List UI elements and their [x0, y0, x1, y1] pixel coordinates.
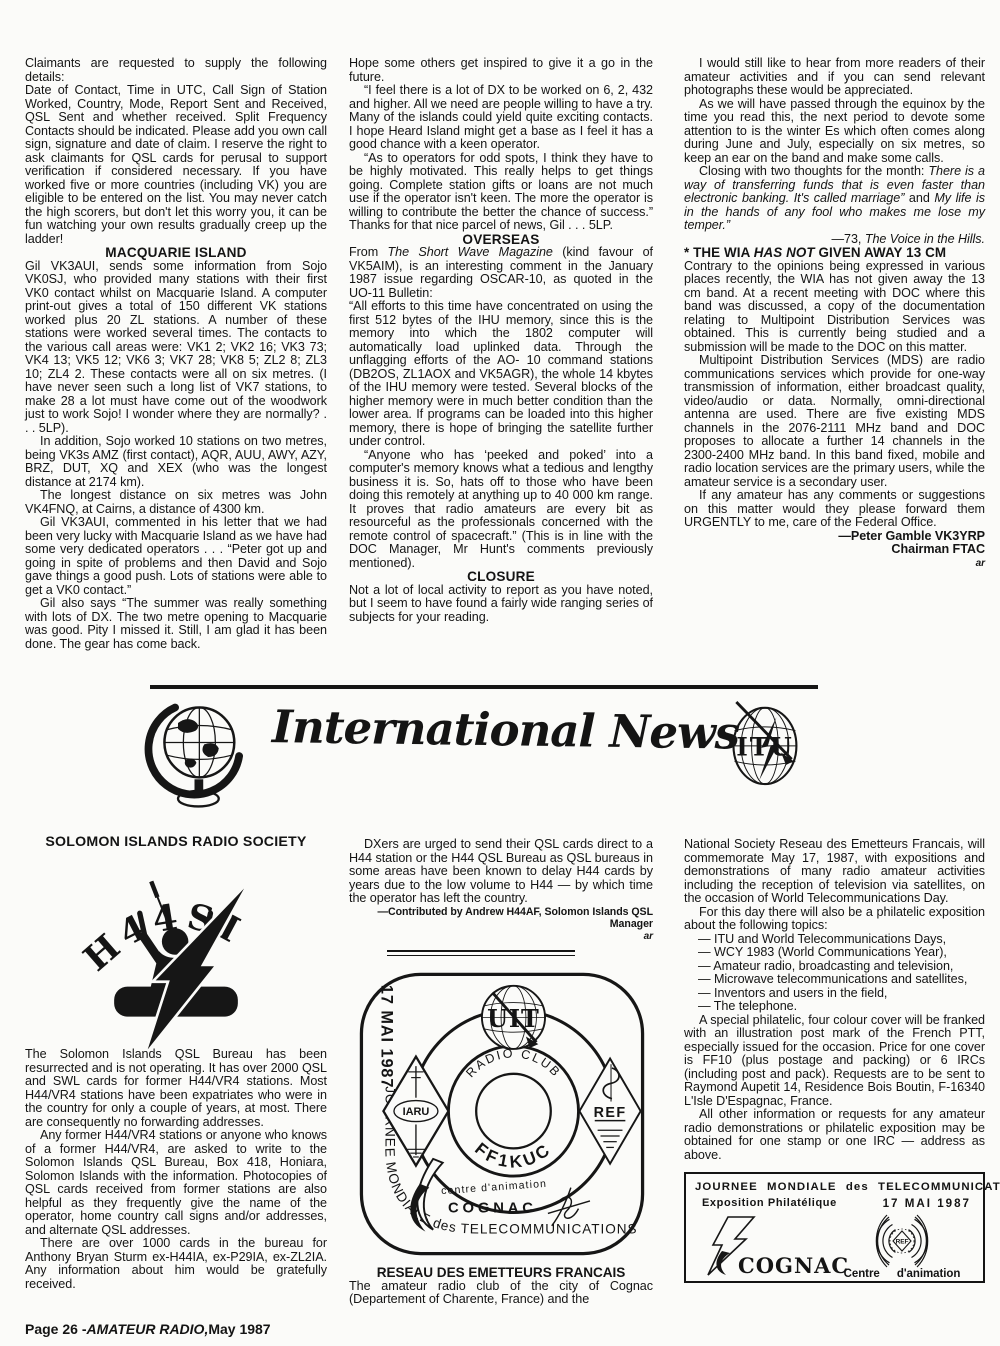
double-rule-divider	[387, 950, 575, 956]
cachet-centre-text: Centre d'animation	[844, 1268, 961, 1280]
paragraph: Hope some others get inspired to give it…	[349, 57, 653, 84]
iaru-letters: IARU	[403, 1106, 430, 1118]
paragraph: Gil VK3AUI, commented in his letter that…	[25, 516, 327, 597]
cachet-waves-logo: REF Centre d'animation	[823, 1215, 981, 1279]
page-number: Page 26 -	[25, 1321, 86, 1337]
paragraph: All other information or requests for an…	[684, 1108, 985, 1162]
globe-on-stand-icon	[146, 696, 243, 818]
section-heading-macquarie-island: MACQUARIE ISLAND	[25, 246, 327, 260]
paragraph: Gil VK3AUI, sends some information from …	[25, 260, 327, 436]
magazine-page: Claimants are requested to supply the fo…	[0, 0, 1000, 1346]
article-end-mark: ar	[349, 930, 653, 944]
h44si-logo: H44SI	[65, 862, 287, 1052]
section-heading-wia-13cm: * THE WIA HAS NOT GIVEN AWAY 13 CM	[684, 246, 985, 260]
section-heading-solomon-islands: SOLOMON ISLANDS RADIO SOCIETY	[25, 836, 327, 850]
column-title-italic: The Voice in the Hills.	[865, 232, 985, 246]
paragraph: National Society Reseau des Emetteurs Fr…	[684, 838, 985, 906]
paragraph: A special philatelic, four colour cover …	[684, 1014, 985, 1109]
text-run: From	[349, 245, 388, 259]
magazine-title-italic: The Short Wave Magazine	[388, 245, 553, 259]
paragraph: Any former H44/VR4 stations or anyone wh…	[25, 1129, 327, 1237]
ref-letters: REF	[594, 1105, 627, 1121]
issue-date: May 1987	[208, 1321, 270, 1337]
section-heading-reseau: RESEAU DES EMETTEURS FRANCAIS	[349, 1266, 653, 1280]
text-run: —73,	[831, 232, 864, 246]
column-bottom-right: National Society Reseau des Emetteurs Fr…	[684, 838, 985, 1283]
text-run: Closing with two thoughts for the month:	[699, 164, 928, 178]
paragraph: “Anyone who has ‘peeked and poked’ into …	[349, 449, 653, 571]
svg-text:RADIO CLUB: RADIO CLUB	[463, 1046, 563, 1080]
column-top-middle: Hope some others get inspired to give it…	[349, 57, 653, 624]
text-run: GIVEN AWAY 13 CM	[815, 245, 946, 260]
itu-logo-icon: ITU	[723, 695, 805, 793]
contributor-credit: Manager	[349, 918, 653, 930]
column-top-left: Claimants are requested to supply the fo…	[25, 57, 327, 651]
uit-letters: UIT	[487, 1005, 540, 1033]
section-divider	[150, 685, 818, 689]
paragraph: There are over 1000 cards in the bureau …	[25, 1237, 327, 1291]
paragraph: If any amateur has any comments or sugge…	[684, 489, 985, 530]
paragraph: Date of Contact, Time in UTC, Call Sign …	[25, 84, 327, 246]
stamp-radio-club: RADIO CLUB	[463, 1046, 563, 1080]
itu-letters: ITU	[736, 732, 793, 761]
list-item: — The telephone.	[698, 1000, 985, 1014]
list-item: — Amateur radio, broadcasting and televi…	[698, 960, 985, 974]
cachet-date: 17 MAI 1987	[883, 1197, 971, 1211]
paragraph: Contrary to the opinions being expressed…	[684, 260, 985, 355]
ref-logo: REF	[579, 1058, 640, 1163]
stamp-callsign: FF1KUC	[471, 1138, 555, 1171]
paragraph: “All efforts to this time have concentra…	[349, 300, 653, 449]
cachet-exposition: Exposition Philatélique	[702, 1197, 837, 1211]
emphasis-italic: HAS NOT	[754, 245, 815, 260]
paragraph: For this day there will also be a philat…	[684, 906, 985, 933]
paragraph: The longest distance on six metres was J…	[25, 489, 327, 516]
signature-scribble	[548, 1188, 590, 1226]
world-telecom-day-stamp: 17 MAI 1987 JOURNEE MONDIALE des TELECOM…	[349, 960, 655, 1266]
cachet-title: JOURNEE MONDIALE des TELECOMMUNICATIONS	[686, 1174, 983, 1195]
contributor-credit: —Contributed by Andrew H44AF, Solomon Is…	[349, 906, 653, 918]
stamp-centre-danimation: centre d'animation	[441, 1178, 548, 1197]
column-bottom-left: The Solomon Islands QSL Bureau has been …	[25, 1048, 327, 1291]
page-footer: Page 26 -AMATEUR RADIO,May 1987	[25, 1321, 271, 1337]
text-run: * THE WIA	[684, 245, 754, 260]
uit-globe-icon: UIT	[482, 986, 545, 1049]
article-end-mark: ar	[684, 557, 985, 571]
column-top-right: I would still like to hear from more rea…	[684, 57, 985, 570]
paragraph: The Solomon Islands QSL Bureau has been …	[25, 1048, 327, 1129]
paragraph: DXers are urged to send their QSL cards …	[349, 838, 653, 906]
cachet-ref-letters: REF	[896, 1239, 909, 1246]
svg-text:FF1KUC: FF1KUC	[471, 1138, 555, 1171]
paragraph: Not a lot of local activity to report as…	[349, 584, 653, 625]
stamp-cognac: COGNAC	[448, 1200, 537, 1216]
cachet-cognac-logo: COGNAC	[692, 1215, 842, 1279]
paragraph: Closing with two thoughts for the month:…	[684, 165, 985, 233]
list-item: — ITU and World Telecommunications Days,	[698, 933, 985, 947]
paragraph: As we will have passed through the equin…	[684, 98, 985, 166]
paragraph: In addition, Sojo worked 10 stations on …	[25, 435, 327, 489]
paragraph: The amateur radio club of the city of Co…	[349, 1280, 653, 1307]
signature-line: —73, The Voice in the Hills.	[684, 233, 985, 247]
paragraph: Multipoint Distribution Services (MDS) a…	[684, 354, 985, 489]
paragraph: I would still like to hear from more rea…	[684, 57, 985, 98]
column-bottom-left-header: SOLOMON ISLANDS RADIO SOCIETY H44SI	[25, 836, 327, 1052]
column-bottom-middle: DXers are urged to send their QSL cards …	[349, 838, 653, 1307]
list-item: — Microwave telecommunications and satel…	[698, 973, 985, 987]
topic-list: — ITU and World Telecommunications Days,…	[684, 933, 985, 1014]
paragraph: Gil also says “The summer was really som…	[25, 597, 327, 651]
signature-line: —Peter Gamble VK3YRP	[684, 530, 985, 544]
section-heading-closure: CLOSURE	[349, 570, 653, 584]
signature-line: Chairman FTAC	[684, 543, 985, 557]
section-heading-overseas: OVERSEAS	[349, 233, 653, 247]
paragraph: From The Short Wave Magazine (kind favou…	[349, 246, 653, 300]
telecom-day-cachet: JOURNEE MONDIALE des TELECOMMUNICATIONS …	[684, 1172, 985, 1283]
stamp-date: 17 MAI 1987	[378, 985, 396, 1089]
text-run: and	[904, 191, 934, 205]
paragraph: Claimants are requested to supply the fo…	[25, 57, 327, 84]
paragraph: “I feel there is a lot of DX to be worke…	[349, 84, 653, 152]
international-news-banner-title: International News	[272, 700, 693, 759]
list-item: — WCY 1983 (World Communications Year),	[698, 946, 985, 960]
paragraph: “As to operators for odd spots, I think …	[349, 152, 653, 233]
magazine-name: AMATEUR RADIO,	[86, 1321, 208, 1337]
list-item: — Inventors and users in the field,	[698, 987, 985, 1001]
